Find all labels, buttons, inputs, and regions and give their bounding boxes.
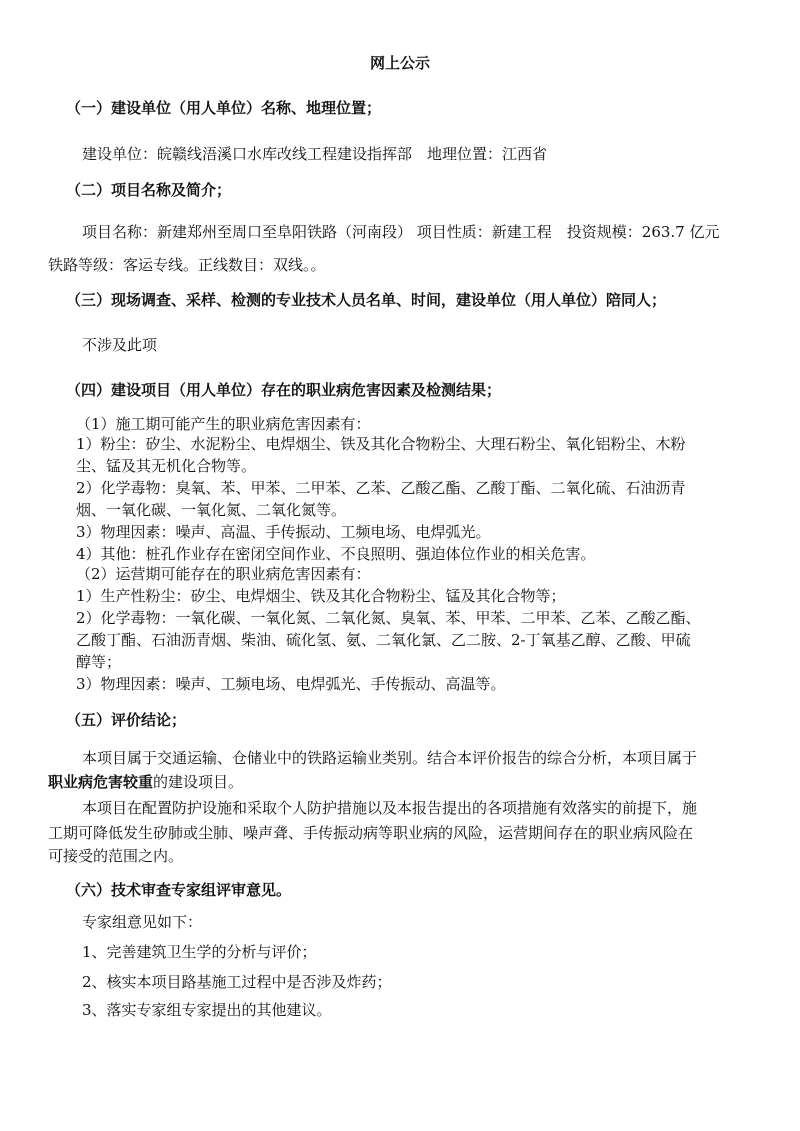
conclusion-p2-line-3: 可接受的范围之内。 xyxy=(48,846,183,866)
section-3-text: 不涉及此项 xyxy=(82,335,157,355)
construction-line: 烟、一氧化碳、一氧化氮、二氧化氮等。 xyxy=(76,500,346,520)
section-1-heading: （一）建设单位（用人单位）名称、地理位置； xyxy=(66,98,381,118)
operation-line: 3）物理因素：噪声、工频电场、电焊弧光、手传振动、高温等。 xyxy=(76,674,506,694)
page-title: 网上公示 xyxy=(0,52,800,73)
operation-line: 2）化学毒物：一氧化碳、一氧化氮、二氧化氮、臭氧、苯、甲苯、二甲苯、乙苯、乙酸乙… xyxy=(76,608,701,628)
expert-item: 1、完善建筑卫生学的分析与评价； xyxy=(82,942,317,962)
operation-line: 1）生产性粉尘：矽尘、电焊烟尘、铁及其化合物粉尘、锰及其化合物等； xyxy=(76,586,566,606)
section-2-line-1: 项目名称：新建郑州至周口至阜阳铁路（河南段） 项目性质：新建工程 投资规模：26… xyxy=(82,222,719,242)
construction-heading: （1）施工期可能产生的职业病危害因素有： xyxy=(76,414,371,434)
operation-heading: （2）运营期可能存在的职业病危害因素有： xyxy=(76,564,371,584)
conclusion-p2-line-2: 工期可降低发生矽肺或尘肺、噪声聋、手传振动病等职业病的风险，运营期间存在的职业病… xyxy=(48,823,693,843)
conclusion-p1-line-1: 本项目属于交通运输、仓储业中的铁路运输业类别。结合本评价报告的综合分析，本项目属… xyxy=(82,748,697,768)
conclusion-tail: 的建设项目。 xyxy=(153,773,243,791)
conclusion-p1-line-2: 职业病危害较重的建设项目。 xyxy=(48,772,243,792)
section-2-heading: （二）项目名称及简介； xyxy=(66,180,231,200)
conclusion-p2-line-1: 本项目在配置防护设施和采取个人防护措施以及本报告提出的各项措施有效落实的前提下，… xyxy=(82,798,697,818)
construction-line: 2）化学毒物：臭氧、苯、甲苯、二甲苯、乙苯、乙酸乙酯、乙酸丁酯、二氧化硫、石油沥… xyxy=(76,478,686,498)
construction-line: 尘、锰及其无机化合物等。 xyxy=(76,456,256,476)
section-1-text: 建设单位：皖赣线浯溪口水库改线工程建设指挥部 地理位置：江西省 xyxy=(82,144,547,164)
section-4-heading: （四）建设项目（用人单位）存在的职业病危害因素及检测结果； xyxy=(66,380,501,400)
section-2-line-2: 铁路等级：客运专线。正线数目：双线。。 xyxy=(48,255,326,275)
operation-line: 醇等； xyxy=(76,652,121,672)
hazard-level: 职业病危害较重 xyxy=(48,773,153,791)
construction-line: 4）其他：桩孔作业存在密闭空间作业、不良照明、强迫体位作业的相关危害。 xyxy=(76,544,596,564)
section-5-heading: （五）评价结论； xyxy=(66,710,186,730)
construction-line: 1）粉尘：矽尘、水泥粉尘、电焊烟尘、铁及其化合物粉尘、大理石粉尘、氧化铝粉尘、木… xyxy=(76,434,686,454)
section-3-heading: （三）现场调查、采样、检测的专业技术人员名单、时间，建设单位（用人单位）陪同人； xyxy=(66,290,666,310)
operation-line: 乙酸丁酯、石油沥青烟、柴油、硫化氢、氨、二氧化氯、乙二胺、2-丁氧基乙醇、乙酸、… xyxy=(76,630,691,650)
section-6-heading: （六）技术审查专家组评审意见。 xyxy=(66,880,291,900)
expert-item: 2、核实本项目路基施工过程中是否涉及炸药； xyxy=(82,972,392,992)
expert-item: 3、落实专家组专家提出的其他建议。 xyxy=(82,1000,332,1020)
construction-line: 3）物理因素：噪声、高温、手传振动、工频电场、电焊弧光。 xyxy=(76,522,491,542)
expert-intro: 专家组意见如下： xyxy=(82,912,202,932)
